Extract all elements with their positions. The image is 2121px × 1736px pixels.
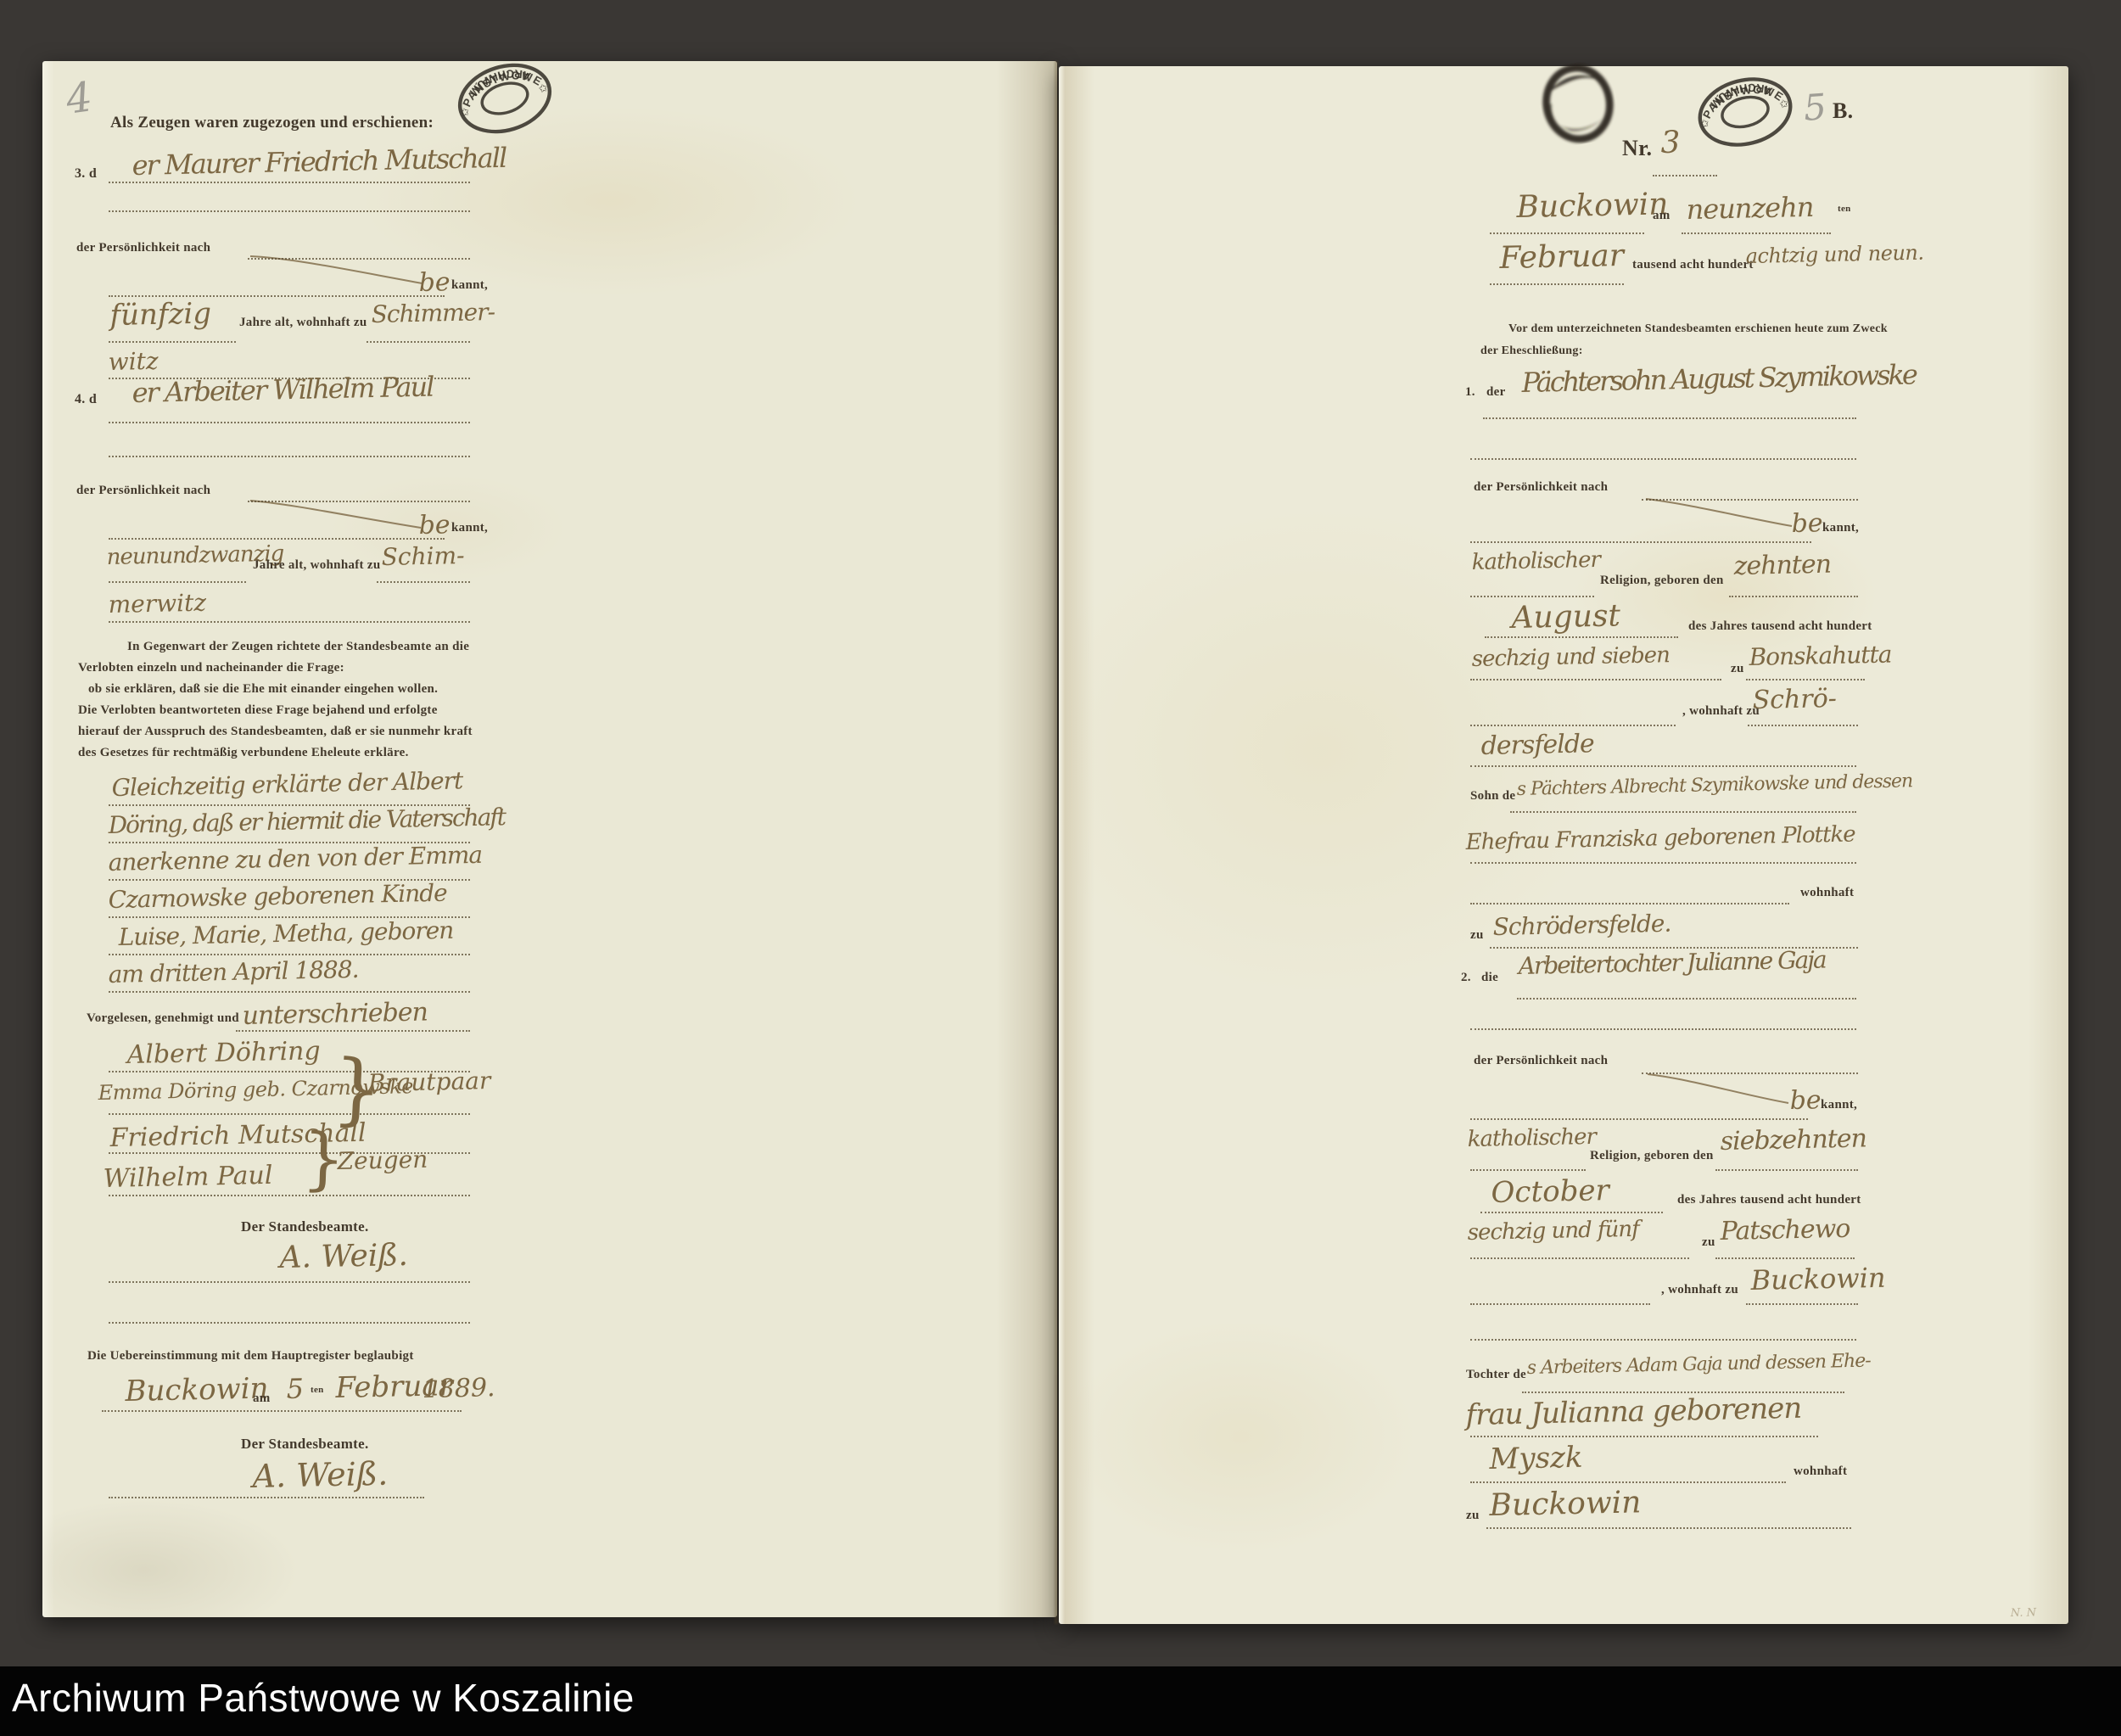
religion-label: Religion, geboren den (1600, 574, 1724, 588)
dotted-rule (1470, 862, 1856, 864)
persoenlichkeit-label: der Persönlichkeit nach (76, 484, 210, 498)
attest-am-label: am (253, 1392, 271, 1406)
dotted-rule (109, 621, 470, 623)
bride-birth-place: Patschewo (1720, 1214, 1850, 1246)
dotted-rule (377, 581, 470, 583)
zu-label: zu (1731, 662, 1744, 676)
witness3-age: fünfzig (109, 297, 211, 333)
religion-label: Religion, geboren den (1590, 1149, 1714, 1163)
tausend-label: tausend acht hundert (1632, 258, 1754, 272)
witness-heading: Als Zeugen waren zugezogen und erschiene… (110, 114, 434, 132)
standesbeamte-label: Der Standesbeamte. (241, 1218, 369, 1235)
groom-birth-place: Bonskahutta (1749, 640, 1891, 671)
witness3-number: 3. d (75, 166, 97, 182)
nr-label: Nr. (1622, 136, 1652, 161)
dotted-rule (109, 1497, 424, 1498)
jahres-label: des Jahres tausend acht hundert (1677, 1193, 1861, 1207)
record-month: Februar (1499, 238, 1624, 276)
standesbeamte-label: Der Standesbeamte. (241, 1436, 369, 1453)
dotted-rule (248, 501, 470, 502)
bride-parents-3: Myszk (1489, 1441, 1583, 1476)
bride-parents-residence: Buckowin (1489, 1485, 1642, 1523)
dotted-rule (1470, 458, 1856, 460)
paragraph-line: Die Verlobten beantworteten diese Frage … (78, 703, 438, 718)
dotted-rule (1490, 283, 1624, 285)
groom-birth-month: August (1511, 598, 1620, 636)
kannt-label: kannt, (451, 521, 488, 535)
smudged-stamp (1534, 57, 1621, 150)
dotted-rule (248, 258, 470, 260)
unterschrieben-handwriting: unterschrieben (242, 997, 428, 1031)
dotted-rule (1715, 1257, 1855, 1259)
registrar-signature: A. Weiß. (252, 1455, 389, 1495)
dotted-rule (109, 1113, 470, 1115)
dotted-rule (1470, 725, 1676, 726)
paragraph-line: hierauf der Ausspruch des Standesbeamten… (78, 725, 473, 739)
witness3-residence-2: witz (108, 347, 159, 376)
corner-mark: N. N (2011, 1606, 2036, 1620)
dotted-rule (109, 991, 470, 993)
bride-parents-2: frau Julianna geborenen (1465, 1392, 1801, 1432)
dotted-rule (109, 1281, 470, 1283)
dotted-rule (1642, 499, 1858, 501)
kannt-label: kannt, (451, 278, 488, 293)
vorgelesen-label: Vorgelesen, genehmigt und (87, 1011, 239, 1026)
am-label: am (1653, 209, 1670, 223)
zu-label: zu (1702, 1235, 1715, 1250)
witness4-name: er Arbeiter Wilhelm Paul (132, 371, 434, 409)
dotted-rule (1682, 232, 1831, 234)
paragraph-line: des Gesetzes für rechtmäßig verbundene E… (78, 746, 409, 760)
tochter-des-label: Tochter de (1466, 1368, 1526, 1382)
dotted-rule (109, 1322, 470, 1324)
declaration-line: am dritten April 1888. (108, 955, 359, 988)
witness4-residence-2: merwitz (108, 589, 206, 619)
be-handwriting: be (1789, 1085, 1822, 1116)
dotted-rule (109, 341, 236, 343)
dotted-rule (1486, 1527, 1851, 1529)
dotted-rule (1510, 811, 1856, 813)
dotted-rule (1483, 417, 1856, 419)
dotted-rule (1470, 1257, 1689, 1259)
dotted-rule (1470, 596, 1594, 597)
bride-residence: Buckowin (1750, 1262, 1886, 1296)
paragraph-line: ob sie erklären, daß sie die Ehe mit ein… (88, 682, 438, 697)
zeugen-label: Zeugen (337, 1145, 428, 1175)
nr-value: 3 (1660, 126, 1681, 160)
dotted-rule (102, 1410, 462, 1412)
dotted-rule (109, 954, 470, 955)
sohn-des-label: Sohn de (1470, 789, 1515, 804)
groom-parents-residence: Schrödersfelde. (1492, 910, 1670, 941)
wohnhaft-label: wohnhaft (1794, 1464, 1847, 1479)
dotted-rule (1746, 679, 1865, 680)
dotted-rule (1746, 1303, 1858, 1305)
dotted-rule (109, 182, 470, 183)
intro-line: der Eheschließung: (1480, 344, 1583, 358)
registry-book-photo: 4 PAŃSTWOWE ARCHIWUM ✩ ✩ Als Zeugen ware… (0, 0, 2121, 1736)
groom-birth-year: sechzig und sieben (1471, 642, 1670, 672)
dotted-rule (1470, 1436, 1818, 1437)
signature-albert-doehring: Albert Döhring (126, 1036, 321, 1070)
kannt-label: kannt, (1822, 521, 1859, 535)
persoenlichkeit-label: der Persönlichkeit nach (1474, 480, 1608, 495)
attest-label: Die Uebereinstimmung mit dem Hauptregist… (87, 1349, 414, 1364)
intro-line: Vor dem unterzeichneten Standesbeamten e… (1508, 322, 1888, 336)
signature-wilhelm-paul: Wilhelm Paul (103, 1161, 272, 1194)
jahre-alt-label: Jahre alt, wohnhaft zu (239, 316, 367, 330)
kannt-label: kannt, (1821, 1098, 1857, 1112)
jahre-alt-label: Jahre alt, wohnhaft zu (253, 558, 381, 573)
dotted-rule (1729, 596, 1858, 597)
dotted-rule (109, 295, 445, 297)
bride-religion: katholischer (1467, 1124, 1596, 1152)
dotted-rule (1653, 175, 1717, 176)
pencil-page-number: 5 (1802, 86, 1827, 129)
dotted-rule (109, 538, 445, 540)
record-year: achtzig und neun. (1745, 241, 1923, 268)
dotted-rule (109, 456, 470, 457)
dotted-rule (109, 210, 470, 212)
paragraph-line: In Gegenwart der Zeugen richtete der Sta… (127, 640, 469, 654)
persoenlichkeit-label: der Persönlichkeit nach (76, 241, 210, 255)
dotted-rule (1517, 998, 1856, 1000)
attest-place: Buckowin (125, 1371, 269, 1408)
registrar-signature: A. Weiß. (279, 1238, 408, 1275)
persoenlichkeit-label: der Persönlichkeit nach (1474, 1054, 1608, 1068)
die-label: die (1481, 971, 1498, 985)
jahres-label: des Jahres tausend acht hundert (1688, 619, 1872, 634)
dotted-rule (1470, 1169, 1586, 1171)
dotted-rule (1480, 1212, 1663, 1213)
bride-birth-day: siebzehnten (1720, 1123, 1866, 1156)
dotted-rule (1470, 1303, 1650, 1305)
attest-day: 5 (286, 1373, 304, 1405)
brautpaar-label: Brautpaar (367, 1067, 490, 1097)
der-label: der (1486, 385, 1506, 400)
groom-religion: katholischer (1471, 547, 1600, 575)
dotted-rule (1470, 765, 1856, 767)
dotted-rule (109, 422, 470, 423)
dotted-rule (109, 1195, 470, 1196)
dotted-rule (109, 581, 246, 583)
be-handwriting: be (418, 267, 451, 298)
bride-birth-year: sechzig und fünf (1467, 1217, 1639, 1246)
dotted-rule (1715, 1169, 1858, 1171)
dotted-rule (236, 1030, 470, 1032)
dotted-rule (1642, 1072, 1858, 1074)
ten-label: ten (1838, 204, 1851, 214)
dotted-rule (1470, 1118, 1808, 1120)
wohnhaft-label: wohnhaft (1800, 886, 1854, 900)
dotted-rule (1490, 232, 1644, 234)
dotted-rule (1470, 903, 1789, 904)
dotted-rule (1485, 636, 1678, 638)
be-handwriting: be (1791, 508, 1823, 539)
record-day: neunzehn (1686, 191, 1814, 226)
dotted-rule (1470, 1481, 1786, 1483)
attest-year: 1889. (422, 1373, 495, 1404)
archive-name: Archiwum Państwowe w Koszalinie (12, 1675, 635, 1721)
be-handwriting: be (418, 510, 451, 540)
archive-caption-bar: Archiwum Państwowe w Koszalinie (0, 1666, 2121, 1736)
groom-residence-2: dersfelde (1480, 729, 1594, 761)
record-place: Buckowin (1516, 187, 1669, 225)
dotted-rule (1748, 725, 1858, 726)
dotted-rule (367, 341, 470, 343)
page-letter: B. (1833, 98, 1853, 124)
zu-label: zu (1466, 1509, 1480, 1523)
zu-label: zu (1470, 928, 1484, 943)
dotted-rule (1470, 679, 1721, 680)
witness4-residence: Schim- (381, 541, 465, 571)
bride-birth-month: October (1491, 1173, 1609, 1210)
witness3-residence: Schimmer- (371, 298, 495, 328)
dotted-rule (1470, 541, 1811, 543)
groom-number: 1. (1465, 385, 1475, 400)
paragraph-line: Verlobten einzeln und nacheinander die F… (78, 661, 344, 675)
groom-birth-day: zehnten (1733, 550, 1831, 581)
wohnhaft-zu-label: , wohnhaft zu (1682, 704, 1760, 719)
witness4-number: 4. d (75, 392, 97, 407)
dotted-rule (1470, 1339, 1856, 1341)
bride-number: 2. (1461, 971, 1471, 985)
dotted-rule (1470, 1028, 1856, 1030)
attest-ten-label: ten (311, 1385, 324, 1395)
wohnhaft-zu-label: , wohnhaft zu (1661, 1283, 1738, 1297)
book-gutter-crease (1055, 61, 1058, 1624)
groom-residence: Schrö- (1752, 684, 1837, 715)
